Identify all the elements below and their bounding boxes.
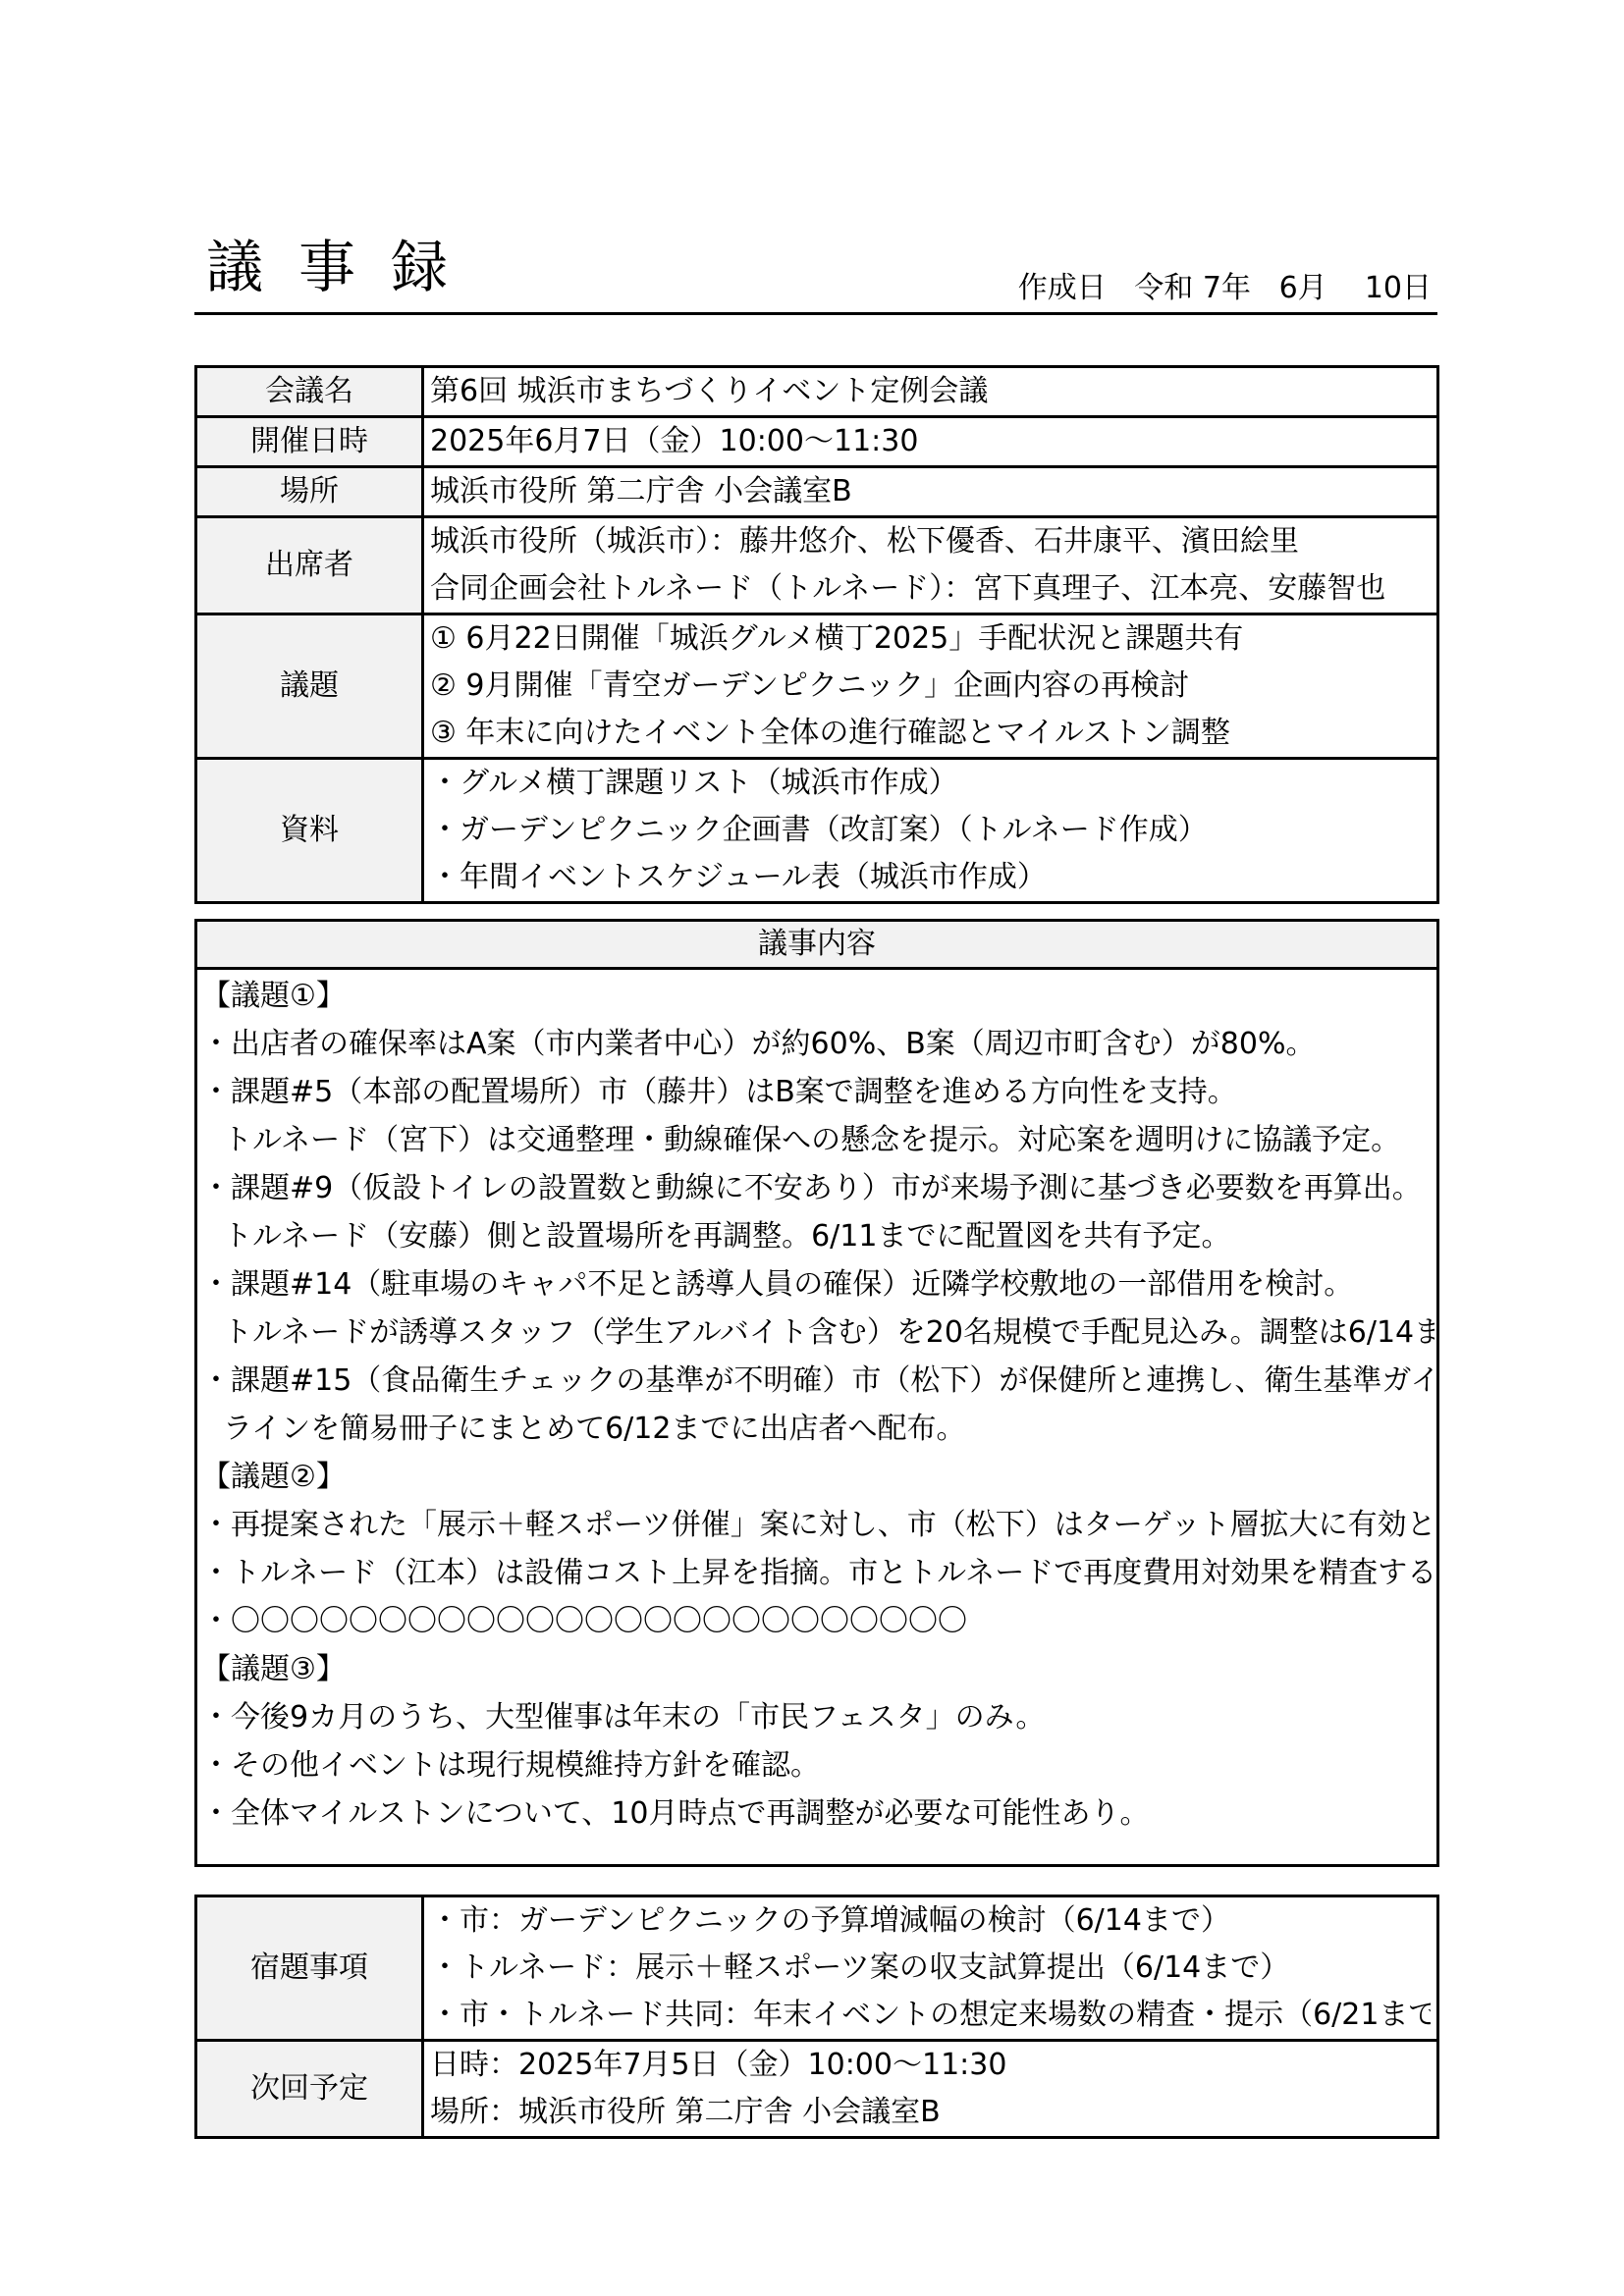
created-day: 10日 [1365,271,1432,305]
created-year: 7年 [1203,271,1251,305]
minutes-line: ・課題#15（食品衛生チェックの基準が不明確）市（松下）が保健所と連携し、衛生基… [201,1357,1435,1405]
row-meeting-name: 会議名 第6回 城浜市まちづくりイベント定例会議 [196,367,1438,417]
label-datetime: 開催日時 [196,417,423,467]
material-item: ・ガーデンピクニック企画書（改訂案）（トルネード作成） [430,807,1431,854]
minutes-line: ・課題#5（本部の配置場所）市（藤井）はB案で調整を進める方向性を支持。 [201,1068,1435,1116]
created-era: 令和 [1134,271,1193,305]
minutes-line: ・〇〇〇〇〇〇〇〇〇〇〇〇〇〇〇〇〇〇〇〇〇〇〇〇〇 [201,1597,1435,1645]
minutes-line: トルネード（宮下）は交通整理・動線確保への懸念を提示。対応案を週明けに協議予定。 [201,1116,1435,1164]
material-item: ・年間イベントスケジュール表（城浜市作成） [430,854,1431,901]
next-meeting-line: 日時：2025年7月5日（金）10:00～11:30 [430,2042,1431,2089]
minutes-line: ・課題#9（仮設トイレの設置数と動線に不安あり）市が来場予測に基づき必要数を再算… [201,1164,1435,1212]
label-place: 場所 [196,467,423,517]
minutes-line: ・出店者の確保率はA案（市内業者中心）が約60%、B案（周辺市町含む）が80%。 [201,1020,1435,1068]
row-place: 場所 城浜市役所 第二庁舎 小会議室B [196,467,1438,517]
homework-item: ・市：ガーデンピクニックの予算増減幅の検討（6/14まで） [430,1897,1431,1945]
value-agenda: ① 6月22日開催「城浜グルメ横丁2025」手配状況と課題共有 ② 9月開催「青… [423,614,1438,759]
value-next-meeting: 日時：2025年7月5日（金）10:00～11:30 場所：城浜市役所 第二庁舎… [423,2041,1438,2138]
row-attendees: 出席者 城浜市役所（城浜市）：藤井悠介、松下優香、石井康平、濱田絵里 合同企画会… [196,517,1438,614]
minutes-line: ・今後9カ月のうち、大型催事は年末の「市民フェスタ」のみ。 [201,1693,1435,1741]
label-agenda: 議題 [196,614,423,759]
section-heading: 【議題③】 [201,1645,1435,1693]
value-homework: ・市：ガーデンピクニックの予算増減幅の検討（6/14まで） ・トルネード：展示＋… [423,1896,1438,2041]
attendee-line: 城浜市役所（城浜市）：藤井悠介、松下優香、石井康平、濱田絵里 [430,518,1431,565]
value-materials: ・グルメ横丁課題リスト（城浜市作成） ・ガーデンピクニック企画書（改訂案）（トル… [423,759,1438,903]
minutes-line: ・その他イベントは現行規模維持方針を確認。 [201,1741,1435,1789]
homework-item: ・市・トルネード共同：年末イベントの想定来場数の精査・提示（6/21まで） [430,1992,1431,2039]
minutes-line: ・課題#14（駐車場のキャパ不足と誘導人員の確保）近隣学校敷地の一部借用を検討。 [201,1260,1435,1308]
minutes-line: ・トルネード（江本）は設備コスト上昇を指摘。市とトルネードで再度費用対効果を精査… [201,1549,1435,1597]
material-item: ・グルメ横丁課題リスト（城浜市作成） [430,760,1431,807]
minutes-line: トルネード（安藤）側と設置場所を再調整。6/11までに配置図を共有予定。 [201,1212,1435,1260]
minutes-line: トルネードが誘導スタッフ（学生アルバイト含む）を20名規模で手配見込み。調整は6… [201,1308,1435,1357]
row-agenda: 議題 ① 6月22日開催「城浜グルメ横丁2025」手配状況と課題共有 ② 9月開… [196,614,1438,759]
attendee-line: 合同企画会社トルネード（トルネード）：宮下真理子、江本亮、安藤智也 [430,565,1431,613]
label-meeting-name: 会議名 [196,367,423,417]
section-heading: 【議題②】 [201,1453,1435,1501]
minutes-line: ラインを簡易冊子にまとめて6/12までに出店者へ配布。 [201,1405,1435,1453]
summary-table: 宿題事項 ・市：ガーデンピクニックの予算増減幅の検討（6/14まで） ・トルネー… [194,1895,1439,2139]
minutes-header: 議事内容 [197,922,1436,970]
title-block: 議事録 作成日 令和 7年 6月 10日 [194,228,1437,315]
row-next-meeting: 次回予定 日時：2025年7月5日（金）10:00～11:30 場所：城浜市役所… [196,2041,1438,2138]
value-meeting-name: 第6回 城浜市まちづくりイベント定例会議 [423,367,1438,417]
row-homework: 宿題事項 ・市：ガーデンピクニックの予算増減幅の検討（6/14まで） ・トルネー… [196,1896,1438,2041]
homework-item: ・トルネード：展示＋軽スポーツ案の収支試算提出（6/14まで） [430,1945,1431,1992]
agenda-item: ② 9月開催「青空ガーデンピクニック」企画内容の再検討 [430,663,1431,710]
next-meeting-line: 場所：城浜市役所 第二庁舎 小会議室B [430,2089,1431,2136]
value-attendees: 城浜市役所（城浜市）：藤井悠介、松下優香、石井康平、濱田絵里 合同企画会社トルネ… [423,517,1438,614]
row-materials: 資料 ・グルメ横丁課題リスト（城浜市作成） ・ガーデンピクニック企画書（改訂案）… [196,759,1438,903]
value-datetime: 2025年6月7日（金）10:00～11:30 [423,417,1438,467]
minutes-body: 【議題①】 ・出店者の確保率はA案（市内業者中心）が約60%、B案（周辺市町含む… [197,970,1436,1838]
label-materials: 資料 [196,759,423,903]
created-month: 6月 [1279,271,1327,305]
creation-date: 作成日 令和 7年 6月 10日 [1018,269,1432,308]
row-datetime: 開催日時 2025年6月7日（金）10:00～11:30 [196,417,1438,467]
section-heading: 【議題①】 [201,972,1435,1020]
agenda-item: ① 6月22日開催「城浜グルメ横丁2025」手配状況と課題共有 [430,615,1431,663]
document-title: 議事録 [206,228,483,306]
label-homework: 宿題事項 [196,1896,423,2041]
label-attendees: 出席者 [196,517,423,614]
minutes-line: ・再提案された「展示＋軽スポーツ併催」案に対し、市（松下）はターゲット層拡大に有… [201,1501,1435,1549]
minutes-content-box: 議事内容 【議題①】 ・出店者の確保率はA案（市内業者中心）が約60%、B案（周… [194,919,1439,1867]
label-next-meeting: 次回予定 [196,2041,423,2138]
minutes-line: ・全体マイルストンについて、10月時点で再調整が必要な可能性あり。 [201,1789,1435,1838]
agenda-item: ③ 年末に向けたイベント全体の進行確認とマイルストン調整 [430,710,1431,757]
meeting-info-table: 会議名 第6回 城浜市まちづくりイベント定例会議 開催日時 2025年6月7日（… [194,365,1439,904]
created-label: 作成日 [1018,271,1107,305]
value-place: 城浜市役所 第二庁舎 小会議室B [423,467,1438,517]
